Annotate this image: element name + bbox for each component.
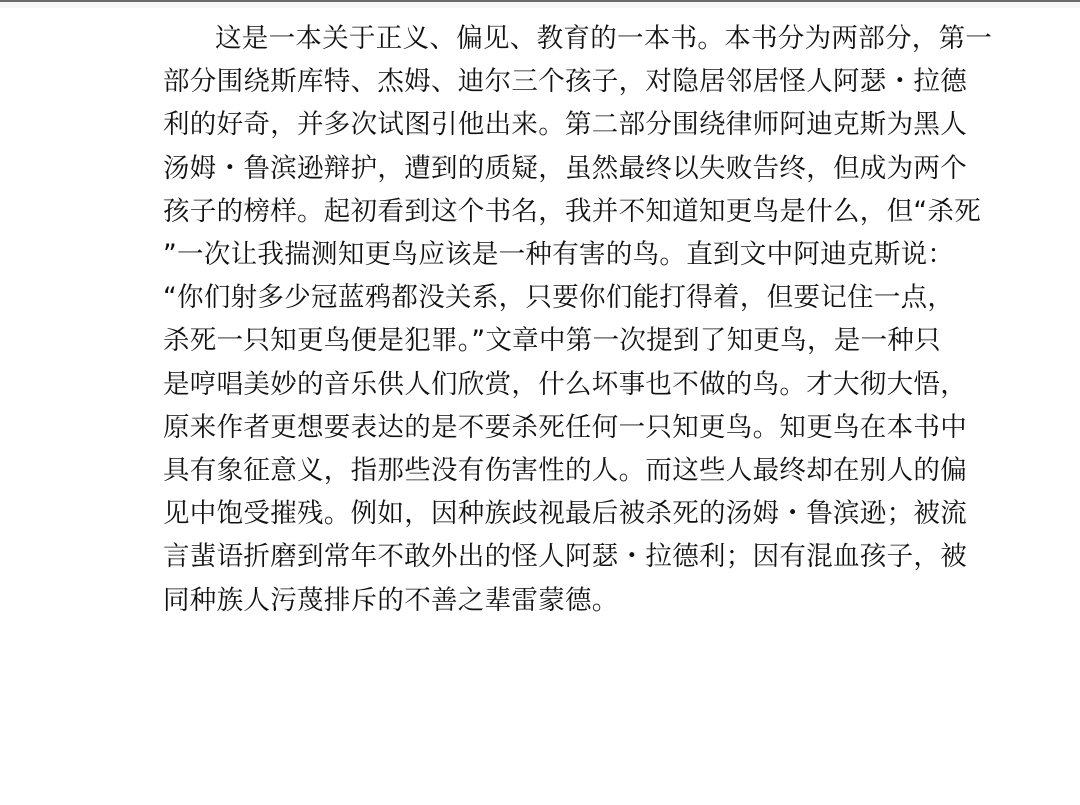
paragraph-line-9: 是哼唱美妙的音乐供人们欣赏，什么坏事也不做的鸟。才大彻大悟， bbox=[163, 363, 923, 406]
paragraph-line-8: 杀死一只知更鸟便是犯罪。”文章中第一次提到了知更鸟，是一种只 bbox=[163, 319, 923, 362]
paragraph-line-7: “你们射多少冠蓝鸦都没关系，只要你们能打得着，但要记住一点， bbox=[163, 276, 923, 319]
paragraph-line-13: 言蜚语折磨到常年不敢外出的怪人阿瑟・拉德利；因有混血孩子，被 bbox=[163, 535, 923, 578]
paragraph-line-4: 汤姆・鲁滨逊辩护，遭到的质疑，虽然最终以失败告终，但成为两个 bbox=[163, 147, 923, 190]
paragraph-line-5: 孩子的榜样。起初看到这个书名，我并不知道知更鸟是什么，但“杀死 bbox=[163, 190, 923, 233]
document-body: 这是一本关于正义、偏见、教育的一本书。本书分为两部分，第一 部分围绕斯库特、杰姆… bbox=[163, 17, 923, 622]
paragraph-line-6: ”一次让我揣测知更鸟应该是一种有害的鸟。直到文中阿迪克斯说： bbox=[163, 233, 923, 276]
paragraph-line-11: 具有象征意义，指那些没有伤害性的人。而这些人最终却在别人的偏 bbox=[163, 449, 923, 492]
paragraph-line-2: 部分围绕斯库特、杰姆、迪尔三个孩子，对隐居邻居怪人阿瑟・拉德 bbox=[163, 60, 923, 103]
paragraph-line-14: 同种族人污蔑排斥的不善之辈雷蒙德。 bbox=[163, 579, 923, 622]
top-shadow bbox=[0, 2, 1080, 8]
paragraph-line-1: 这是一本关于正义、偏见、教育的一本书。本书分为两部分，第一 bbox=[163, 17, 923, 60]
paragraph-line-10: 原来作者更想要表达的是不要杀死任何一只知更鸟。知更鸟在本书中 bbox=[163, 406, 923, 449]
paragraph-line-3: 利的好奇，并多次试图引他出来。第二部分围绕律师阿迪克斯为黑人 bbox=[163, 103, 923, 146]
paragraph-line-12: 见中饱受摧残。例如，因种族歧视最后被杀死的汤姆・鲁滨逊；被流 bbox=[163, 492, 923, 535]
